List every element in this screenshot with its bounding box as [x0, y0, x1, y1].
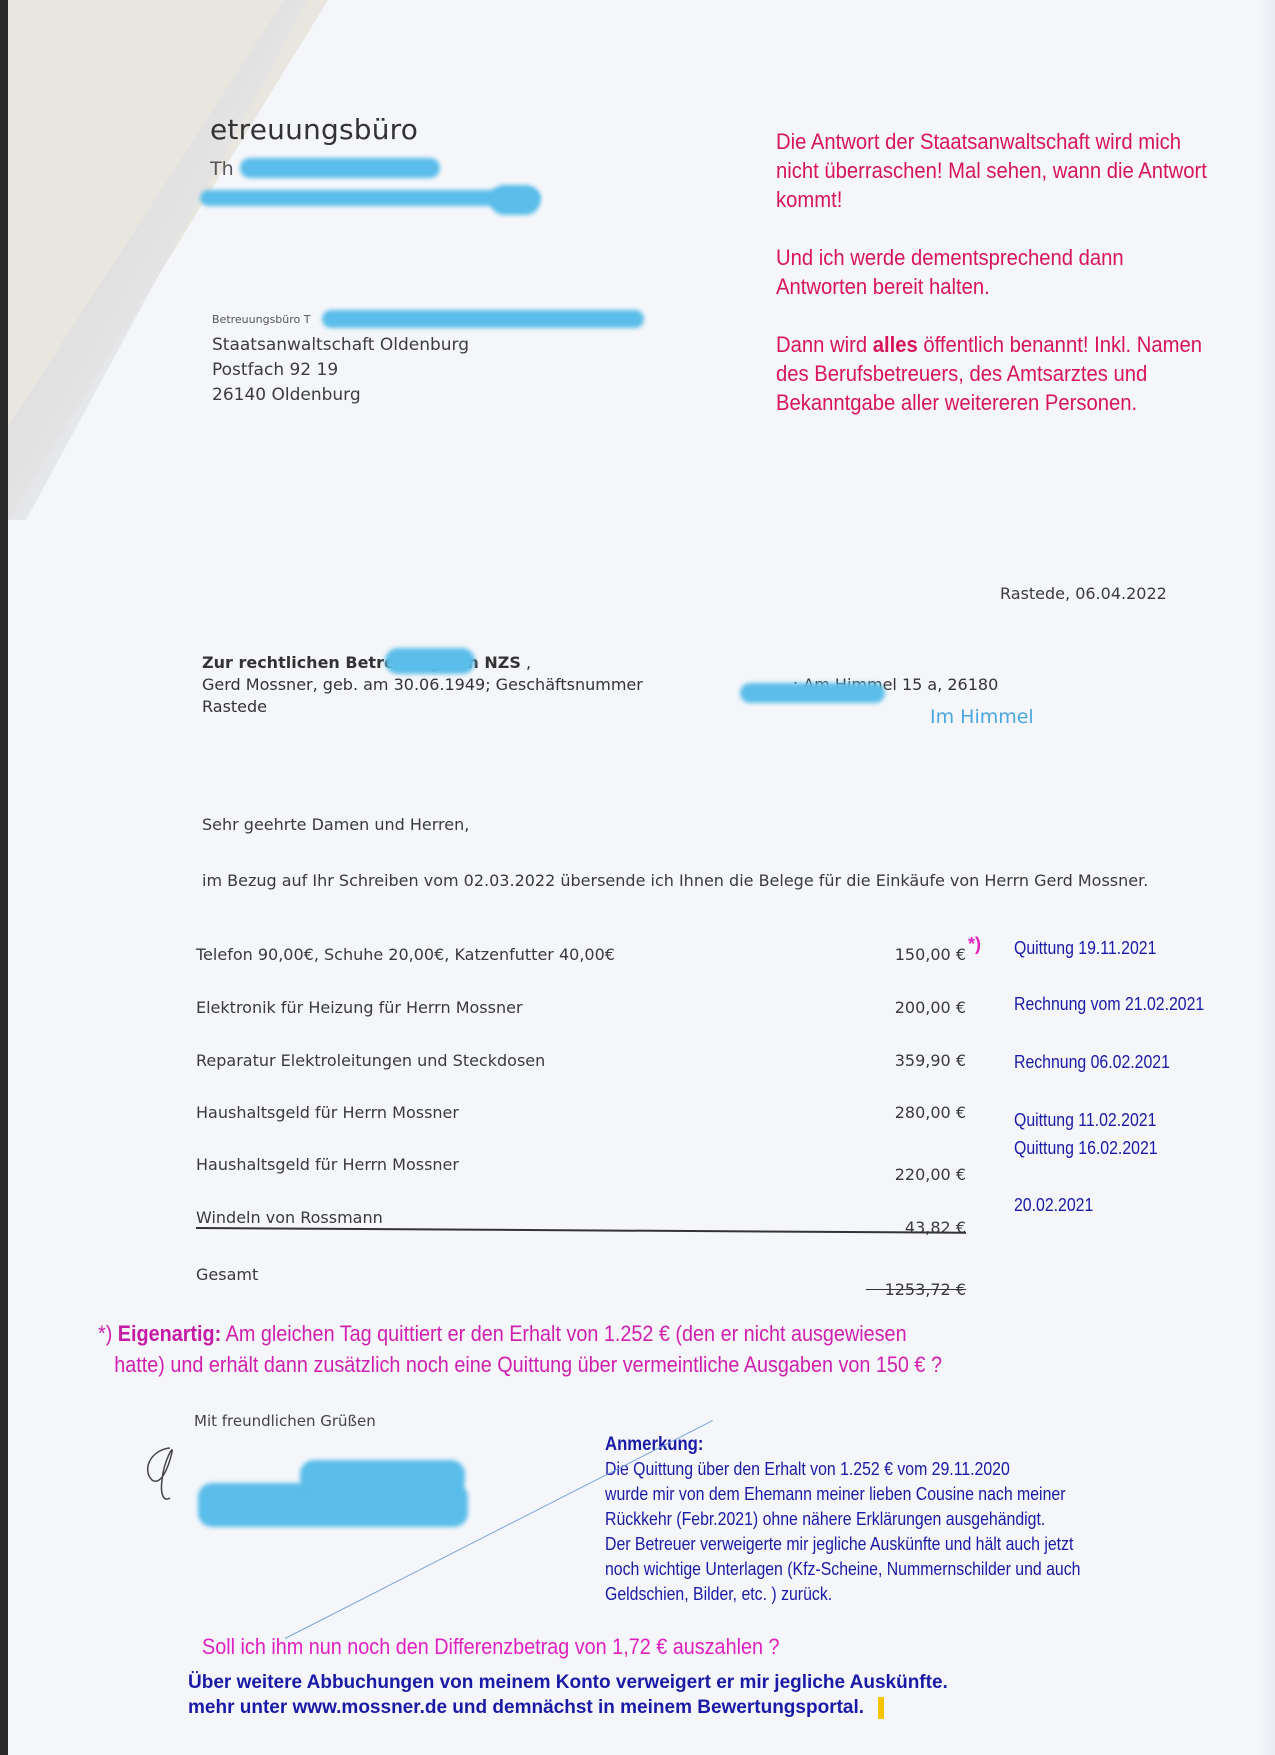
salutation: Sehr geehrte Damen und Herren,: [202, 815, 469, 834]
redaction-mark: [300, 1460, 465, 1494]
remark-annotation: Anmerkung: Die Quittung über den Erhalt …: [605, 1432, 1221, 1607]
closing: Mit freundlichen Grüßen: [194, 1412, 376, 1430]
redaction-mark: [490, 185, 540, 215]
highlight-marker: [878, 1697, 884, 1719]
closing-annotation-line: Über weitere Abbuchungen von meinem Kont…: [188, 1670, 1275, 1695]
recipient-address: Staatsanwaltschaft Oldenburg Postfach 92…: [212, 333, 469, 408]
receipt-reference: Rechnung vom 21.02.2021: [1014, 994, 1204, 1015]
recipient-line: 26140 Oldenburg: [212, 383, 469, 408]
footnote-marker: *): [968, 934, 981, 955]
remark-line: noch wichtige Unterlagen (Kfz-Scheine, N…: [605, 1557, 1221, 1582]
intro-paragraph: im Bezug auf Ihr Schreiben vom 02.03.202…: [202, 870, 1202, 892]
redaction-mark: [385, 648, 475, 674]
redaction-mark: [322, 310, 644, 328]
scan-border: [0, 0, 8, 1755]
total-underline: [866, 1289, 966, 1290]
annotation-top: Die Antwort der Staatsanwaltschaft wird …: [776, 127, 1208, 446]
redaction-mark: [740, 683, 885, 703]
signature: [140, 1440, 200, 1520]
footnote-emphasis: Eigenartig:: [118, 1321, 221, 1346]
handwritten-annotation: Im Himmel: [930, 706, 1034, 728]
remark-line: Rückkehr (Febr.2021) ohne nähere Erkläru…: [605, 1507, 1221, 1532]
letter-date: Rastede, 06.04.2022: [1000, 584, 1167, 603]
remark-line: Die Quittung über den Erhalt von 1.252 €…: [605, 1457, 1221, 1482]
closing-annotation-line: mehr unter www.mossner.de und demnächst …: [188, 1695, 1275, 1720]
redaction-mark: [200, 190, 540, 206]
remark-heading: Anmerkung:: [605, 1432, 1221, 1457]
annotation-paragraph: Und ich werde dementsprechend dann Antwo…: [776, 243, 1208, 301]
letterhead-logo: etreuungsbüro: [210, 113, 418, 146]
receipt-reference: Quittung 19.11.2021: [1014, 938, 1156, 959]
page-edge: [1257, 0, 1275, 1755]
recipient-line: Staatsanwaltschaft Oldenburg: [212, 333, 469, 358]
letterhead-sender: Th: [210, 158, 234, 180]
closing-annotation: Über weitere Abbuchungen von meinem Kont…: [188, 1670, 1275, 1720]
remark-line: Geldschien, Bilder, etc. ) zurück.: [605, 1582, 1221, 1607]
footnote-annotation: *) Eigenartig: Am gleichen Tag quittiert…: [98, 1318, 1115, 1380]
annotation-emphasis: alles: [873, 332, 918, 357]
return-address: Betreuungsbüro T: [212, 313, 310, 326]
subject-line: Gerd Mossner, geb. am 30.06.1949; Geschä…: [202, 675, 643, 694]
remark-line: wurde mir von dem Ehemann meiner lieben …: [605, 1482, 1221, 1507]
question-annotation: Soll ich ihm nun noch den Differenzbetra…: [202, 1634, 780, 1660]
receipt-reference: Rechnung 06.02.2021: [1014, 1052, 1170, 1073]
receipt-reference: Quittung 16.02.2021: [1014, 1138, 1158, 1159]
remark-line: Der Betreuer verweigerte mir jegliche Au…: [605, 1532, 1221, 1557]
receipt-reference: 20.02.2021: [1014, 1195, 1093, 1216]
redaction-mark: [240, 158, 440, 178]
recipient-line: Postfach 92 19: [212, 358, 469, 383]
receipt-reference: Quittung 11.02.2021: [1014, 1110, 1156, 1131]
sum-underline: [196, 1227, 966, 1234]
annotation-paragraph: Die Antwort der Staatsanwaltschaft wird …: [776, 127, 1208, 214]
annotation-paragraph: Dann wird alles öffentlich benannt! Inkl…: [776, 330, 1208, 417]
